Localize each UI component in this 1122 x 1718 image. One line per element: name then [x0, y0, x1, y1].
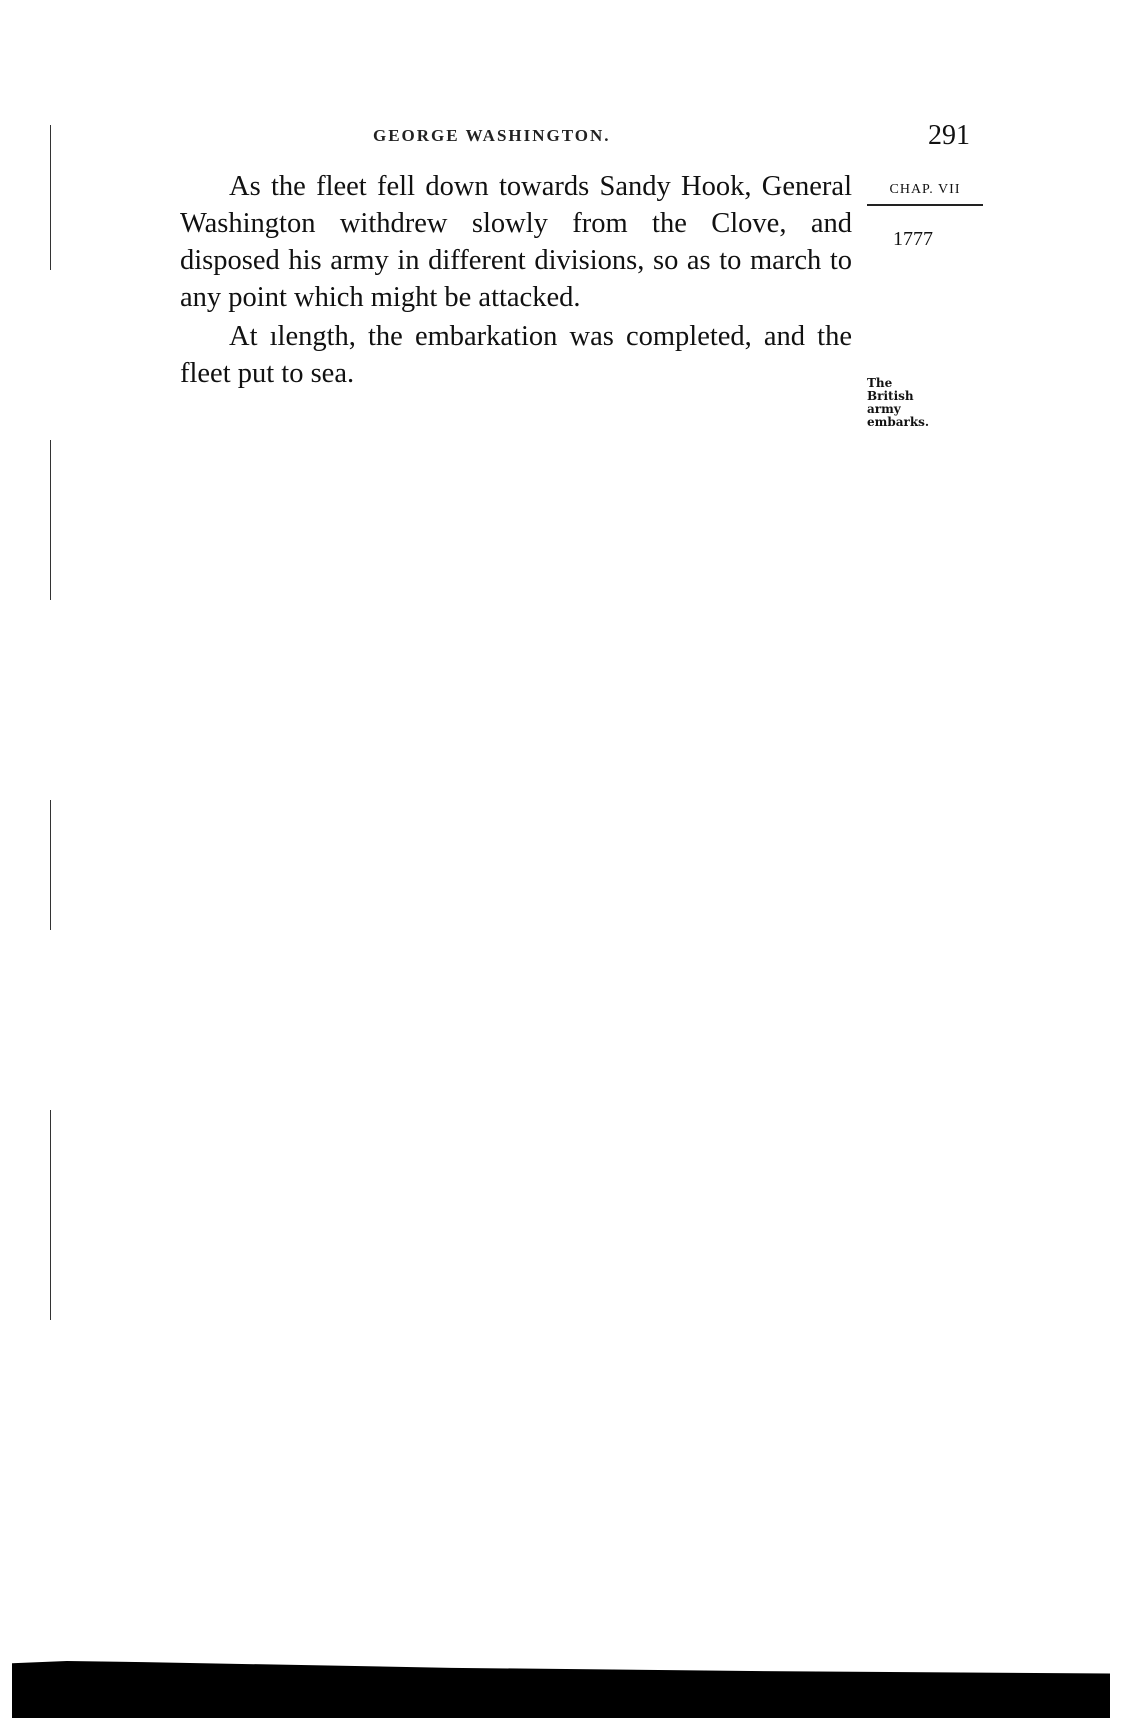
scan-edge-bar	[12, 1661, 1110, 1718]
paragraph: As the fleet fell down towards Sandy Hoo…	[180, 168, 852, 316]
scan-margin-mark	[50, 125, 51, 270]
scan-margin-mark	[50, 800, 51, 930]
sidenote-line: embarks.	[867, 416, 967, 429]
body-text: As the fleet fell down towards Sandy Hoo…	[180, 168, 852, 392]
running-head: GEORGE WASHINGTON.	[373, 126, 611, 146]
margin-year: 1777	[893, 228, 933, 251]
scan-margin-mark	[50, 1110, 51, 1320]
paragraph: At ılength, the embarkation was complete…	[180, 318, 852, 392]
sidenote: The British army embarks.	[867, 377, 967, 429]
chapter-label: CHAP. VII	[867, 182, 983, 206]
scan-margin-mark	[50, 440, 51, 600]
page-number: 291	[928, 120, 970, 152]
